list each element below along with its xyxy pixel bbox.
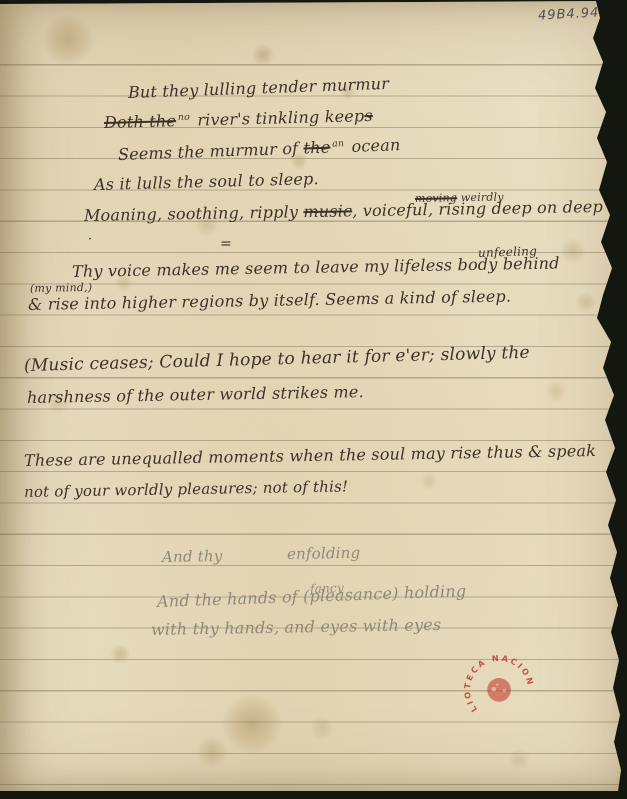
manuscript-line: · bbox=[88, 232, 92, 247]
text-segment: ocean bbox=[346, 135, 401, 156]
text-segment: But they lulling tender murmur bbox=[128, 74, 390, 102]
paper-stain bbox=[508, 748, 530, 770]
manuscript-page: But they lulling tender murmurDoth theno… bbox=[0, 0, 627, 799]
text-segment: with thy hands, and eyes with eyes bbox=[151, 615, 442, 639]
text-segment: Seems the murmur of bbox=[118, 139, 304, 164]
text-segment: As it lulls the soul to sleep. bbox=[94, 169, 319, 194]
manuscript-line: enfolding bbox=[287, 544, 361, 563]
text-segment: not of your worldly pleasures; not of th… bbox=[24, 477, 348, 501]
text-segment: · bbox=[88, 232, 92, 247]
manuscript-line: Seems the murmur of thean ocean bbox=[118, 135, 401, 164]
manuscript-line: And thy bbox=[162, 547, 223, 566]
inserted-word: an bbox=[332, 138, 344, 149]
manuscript-scan: { "page": { "catalog_number": "49B4.94" … bbox=[0, 0, 627, 799]
text-segment: (my mind,) bbox=[30, 281, 93, 295]
paper-stain bbox=[42, 14, 94, 66]
text-segment: & rise into higher regions by itself. Se… bbox=[28, 287, 511, 314]
paper-stain bbox=[252, 44, 274, 66]
svg-text:BIBLIOTECA NACIONAL: BIBLIOTECA NACIONAL bbox=[439, 629, 537, 726]
manuscript-line: harshness of the outer world strikes me. bbox=[27, 382, 364, 407]
struck-word: the bbox=[303, 138, 330, 158]
library-stamp: BIBLIOTECA NACIONAL bbox=[439, 629, 556, 746]
manuscript-line: Moaning, soothing, ripply music, voicefu… bbox=[84, 197, 603, 225]
text-segment: , voiceful, rising deep on deep bbox=[352, 197, 603, 220]
text-segment: river's tinkling keep bbox=[192, 106, 365, 130]
manuscript-line: These are unequalled moments when the so… bbox=[24, 441, 596, 470]
struck-word: Doth the bbox=[104, 111, 177, 132]
manuscript-line: (my mind,) bbox=[30, 281, 93, 295]
paper-stain bbox=[196, 736, 228, 768]
manuscript-line: Doth theno river's tinkling keeps bbox=[104, 106, 373, 132]
text-segment: And thy bbox=[162, 547, 223, 566]
manuscript-line: As it lulls the soul to sleep. bbox=[94, 169, 319, 194]
manuscript-line: (Music ceases; Could I hope to hear it f… bbox=[24, 343, 530, 376]
paper-stain bbox=[222, 694, 282, 754]
struck-word: s bbox=[364, 106, 373, 125]
manuscript-line: Thy voice makes me seem to leave my life… bbox=[72, 253, 560, 281]
paper-stain bbox=[110, 644, 130, 664]
paper-stain bbox=[560, 238, 586, 264]
stamp-emblem bbox=[483, 674, 515, 706]
inserted-word: no bbox=[178, 112, 190, 123]
paper-stain bbox=[576, 292, 596, 312]
text-segment: And the hands of (pleasance) holding bbox=[157, 581, 467, 611]
manuscript-line: with thy hands, and eyes with eyes bbox=[151, 615, 442, 639]
manuscript-line: & rise into higher regions by itself. Se… bbox=[28, 287, 511, 314]
text-segment: These are unequalled moments when the so… bbox=[24, 441, 596, 470]
paper-stain bbox=[420, 472, 438, 490]
stamp-text: BIBLIOTECA NACIONAL bbox=[439, 629, 537, 726]
manuscript-line: But they lulling tender murmur bbox=[128, 74, 390, 102]
text-segment: Thy voice makes me seem to leave my life… bbox=[72, 253, 560, 281]
manuscript-line: not of your worldly pleasures; not of th… bbox=[24, 477, 348, 501]
manuscript-line: And the hands of (pleasance) holding bbox=[157, 581, 467, 611]
text-segment: harshness of the outer world strikes me. bbox=[27, 382, 364, 407]
text-segment: (Music ceases; Could I hope to hear it f… bbox=[24, 343, 530, 376]
paper-stain bbox=[310, 716, 334, 740]
manuscript-line: = bbox=[220, 236, 232, 252]
paper-stain bbox=[545, 380, 567, 402]
text-segment: Moaning, soothing, ripply bbox=[84, 202, 304, 225]
text-segment: = bbox=[220, 236, 232, 252]
struck-word: music bbox=[303, 201, 352, 221]
text-segment: enfolding bbox=[287, 544, 361, 563]
catalog-number: 49B4.94 bbox=[538, 5, 600, 23]
